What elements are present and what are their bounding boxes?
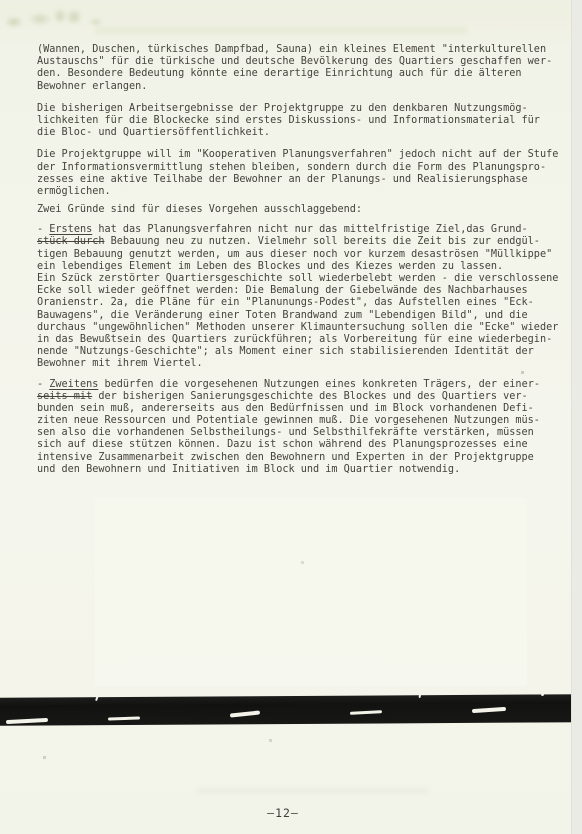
scan-edge-right bbox=[571, 0, 582, 834]
struck-text: stück durch bbox=[37, 236, 104, 247]
text-line: stück durch Bebauung neu zu nutzen. Viel… bbox=[37, 236, 558, 248]
text-line: Bewohner mit ihrem Viertel. bbox=[37, 358, 558, 370]
text-line: ziten neue Ressourcen und Potentiale gew… bbox=[37, 415, 558, 427]
text-line: tigen Bebauung genutzt werden, um aus di… bbox=[37, 249, 558, 261]
text-line: - Zweitens bedürfen die vorgesehenen Nut… bbox=[37, 379, 558, 391]
text-line: ermöglichen. bbox=[37, 186, 558, 198]
paragraph: - Erstens hat das Planungsverfahren nich… bbox=[37, 224, 558, 370]
paragraph: (Wannen, Duschen, türkisches Dampfbad, S… bbox=[37, 44, 558, 93]
text-line: lichkeiten für die Blockecke sind erstes… bbox=[37, 115, 558, 127]
text-line: nende "Nutzungs-Geschichte"; als Moment … bbox=[37, 346, 558, 358]
scan-edge-top bbox=[0, 0, 582, 3]
text-line: Bauwagens", die Veränderung einer Toten … bbox=[37, 310, 558, 322]
scan-smudge bbox=[95, 26, 467, 35]
text-line: Austauschs" für die türkische und deutsc… bbox=[37, 56, 558, 68]
text-line: Zwei Gründe sind für dieses Vorgehen aus… bbox=[37, 204, 558, 216]
paragraph: Die bisherigen Arbeitsergebnisse der Pro… bbox=[37, 103, 558, 140]
scan-light-patch bbox=[95, 498, 527, 686]
page-number: —12— bbox=[0, 806, 566, 820]
text-line: die Bloc- und Quartiersöffentlichkeit. bbox=[37, 127, 558, 139]
text-line: Oranienstr. 2a, die Pläne für ein "Planu… bbox=[37, 297, 558, 309]
document-text: (Wannen, Duschen, türkisches Dampfbad, S… bbox=[37, 44, 558, 486]
text-line: - Erstens hat das Planungsverfahren nich… bbox=[37, 224, 558, 236]
scan-smudge bbox=[196, 788, 428, 794]
text-line: sich auf diese stützen können. Dazu ist … bbox=[37, 439, 558, 451]
text-line: Ein Szück zerstörter Quartiersgeschichte… bbox=[37, 273, 558, 285]
text-line: intensive Zusammenarbeit zwischen den Be… bbox=[37, 452, 558, 464]
dust-specks bbox=[0, 0, 1, 1]
text-line: Die bisherigen Arbeitsergebnisse der Pro… bbox=[37, 103, 558, 115]
text-line: und den Bewohnern und Initiativen im Blo… bbox=[37, 464, 558, 476]
paragraph: - Zweitens bedürfen die vorgesehenen Nut… bbox=[37, 379, 558, 477]
paragraph: Die Projektgruppe will im "Kooperativen … bbox=[37, 149, 558, 198]
text-line: in das Bewußtsein des Quartiers zurückfü… bbox=[37, 334, 558, 346]
text-line: zesses eine aktive Teilhabe der Bewohner… bbox=[37, 174, 558, 186]
text-line: der Informationsvermittlung stehen bleib… bbox=[37, 162, 558, 174]
text-line: (Wannen, Duschen, türkisches Dampfbad, S… bbox=[37, 44, 558, 56]
paragraph: Zwei Gründe sind für dieses Vorgehen aus… bbox=[37, 204, 558, 216]
underlined-word: Zweitens bbox=[49, 379, 98, 390]
text-line: bunden sein muß, andererseits aus den Be… bbox=[37, 403, 558, 415]
text-line: ein lebendiges Element im Leben des Bloc… bbox=[37, 261, 558, 273]
text-line: Ecke soll wieder geöffnet werden: Die Be… bbox=[37, 285, 558, 297]
text-line: den. Besondere Bedeutung könnte eine der… bbox=[37, 68, 558, 80]
text-line: durchaus "ungewöhnlichen" Methoden unser… bbox=[37, 322, 558, 334]
text-line: seits mit der bisherigen Sanierungsgesch… bbox=[37, 391, 558, 403]
text-line: sen also die vorhandenen Selbstheilungs-… bbox=[37, 427, 558, 439]
struck-text: seits mit bbox=[37, 391, 92, 402]
scanned-page: (Wannen, Duschen, türkisches Dampfbad, S… bbox=[0, 0, 582, 834]
text-line: Bewohner erlangen. bbox=[37, 81, 558, 93]
underlined-word: Erstens bbox=[49, 224, 92, 235]
text-line: Die Projektgruppe will im "Kooperativen … bbox=[37, 149, 558, 161]
